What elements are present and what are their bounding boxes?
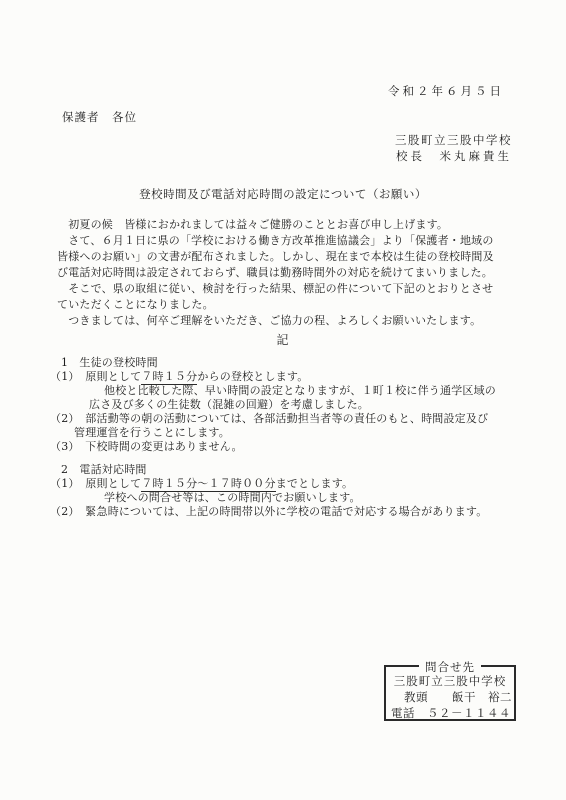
contact-person: 教頭 飯干 裕二 [386, 689, 514, 705]
item-text: 原則として [85, 370, 141, 383]
contact-box-lines: 三股町立三股中学校 教頭 飯干 裕二 電話 ５２－１１４４ [386, 673, 514, 721]
section1-item1-note: 広さ及び多くの生徒数（混雑の回避）を考慮しました。 [0, 398, 566, 412]
section-heading-1: 1 生徒の登校時間 [0, 356, 566, 370]
section1-item3: （3） 下校時間の変更はありません。 [0, 440, 566, 454]
underlined-time: ７時１５分～１７時００分 [141, 477, 275, 492]
notice-sections: 1 生徒の登校時間 （1） 原則として７時１５分からの登校とします。 他校と比較… [0, 356, 566, 519]
sender-block: 三股町立三股中学校 校長 米丸麻貴生 [395, 132, 512, 164]
section1-item1-note: 他校と比較した際、早い時間の設定となりますが、１町１校に伴う通学区域の [0, 384, 566, 398]
contact-box: 問合せ先 三股町立三股中学校 教頭 飯干 裕二 電話 ５２－１１４４ [384, 665, 516, 721]
item-text: までとします。 [276, 477, 354, 490]
section1-item2: 管理運営を行うことにします。 [0, 426, 566, 440]
underlined-time: ７時１５分 [141, 370, 197, 385]
section1-item1: （1） 原則として７時１５分からの登校とします。 [0, 370, 566, 384]
document-date: 令和２年６月５日 [388, 83, 504, 99]
sender-school: 三股町立三股中学校 [395, 132, 512, 148]
recipient-line: 保護者 各位 [62, 109, 137, 125]
item-text: 原則として [85, 477, 141, 490]
greeting-line: 初夏の候 皆様におかれましては益々ご健勝のこととお喜び申し上げます。 [57, 217, 494, 233]
section2-item2: （2） 緊急時については、上記の時間帯以外に学校の電話で対応する場合があります。 [0, 505, 566, 519]
record-marker: 記 [0, 331, 566, 348]
greeting-paragraphs: 初夏の候 皆様におかれましては益々ご健勝のこととお喜び申し上げます。 さて、６月… [57, 217, 494, 329]
section-heading-2: 2 電話対応時間 [0, 463, 566, 477]
item-label: （1） [50, 477, 85, 490]
greeting-line: ていただくことになりました。 [57, 297, 494, 313]
greeting-line: び電話対応時間は設定されておらず、職員は勤務時間外の対応を続けてまいりました。 [57, 265, 494, 281]
contact-phone: 電話 ５２－１１４４ [386, 705, 514, 721]
item-text: からの登校とします。 [197, 370, 308, 383]
contact-school: 三股町立三股中学校 [386, 673, 514, 689]
greeting-line: そこで、県の取組に従い、検討を行った結果、標記の件について下記のとおりとさせ [57, 281, 494, 297]
greeting-line: 皆様へのお願い」の文書が配布されました。しかし、現在まで本校は生徒の登校時間及 [57, 249, 494, 265]
document-title: 登校時間及び電話対応時間の設定について（お願い） [0, 186, 566, 202]
section2-item1: （1） 原則として７時１５分～１７時００分までとします。 [0, 477, 566, 491]
document-page: 令和２年６月５日 保護者 各位 三股町立三股中学校 校長 米丸麻貴生 登校時間及… [0, 0, 566, 800]
greeting-line: つきましては、何卒ご理解をいただき、ご協力の程、よろしくお願いいたします。 [57, 313, 494, 329]
greeting-line: さて、６月１日に県の「学校における働き方改革推進協議会」より「保護者・地域の [57, 233, 494, 249]
contact-box-legend: 問合せ先 [419, 659, 481, 675]
section1-item2: （2） 部活動等の朝の活動については、各部活動担当者等の責任のもと、時間設定及び [0, 412, 566, 426]
item-label: （1） [50, 370, 85, 383]
section2-item1-note: 学校への問合せ等は、この時間内でお願いします。 [0, 491, 566, 505]
sender-principal: 校長 米丸麻貴生 [395, 148, 512, 164]
